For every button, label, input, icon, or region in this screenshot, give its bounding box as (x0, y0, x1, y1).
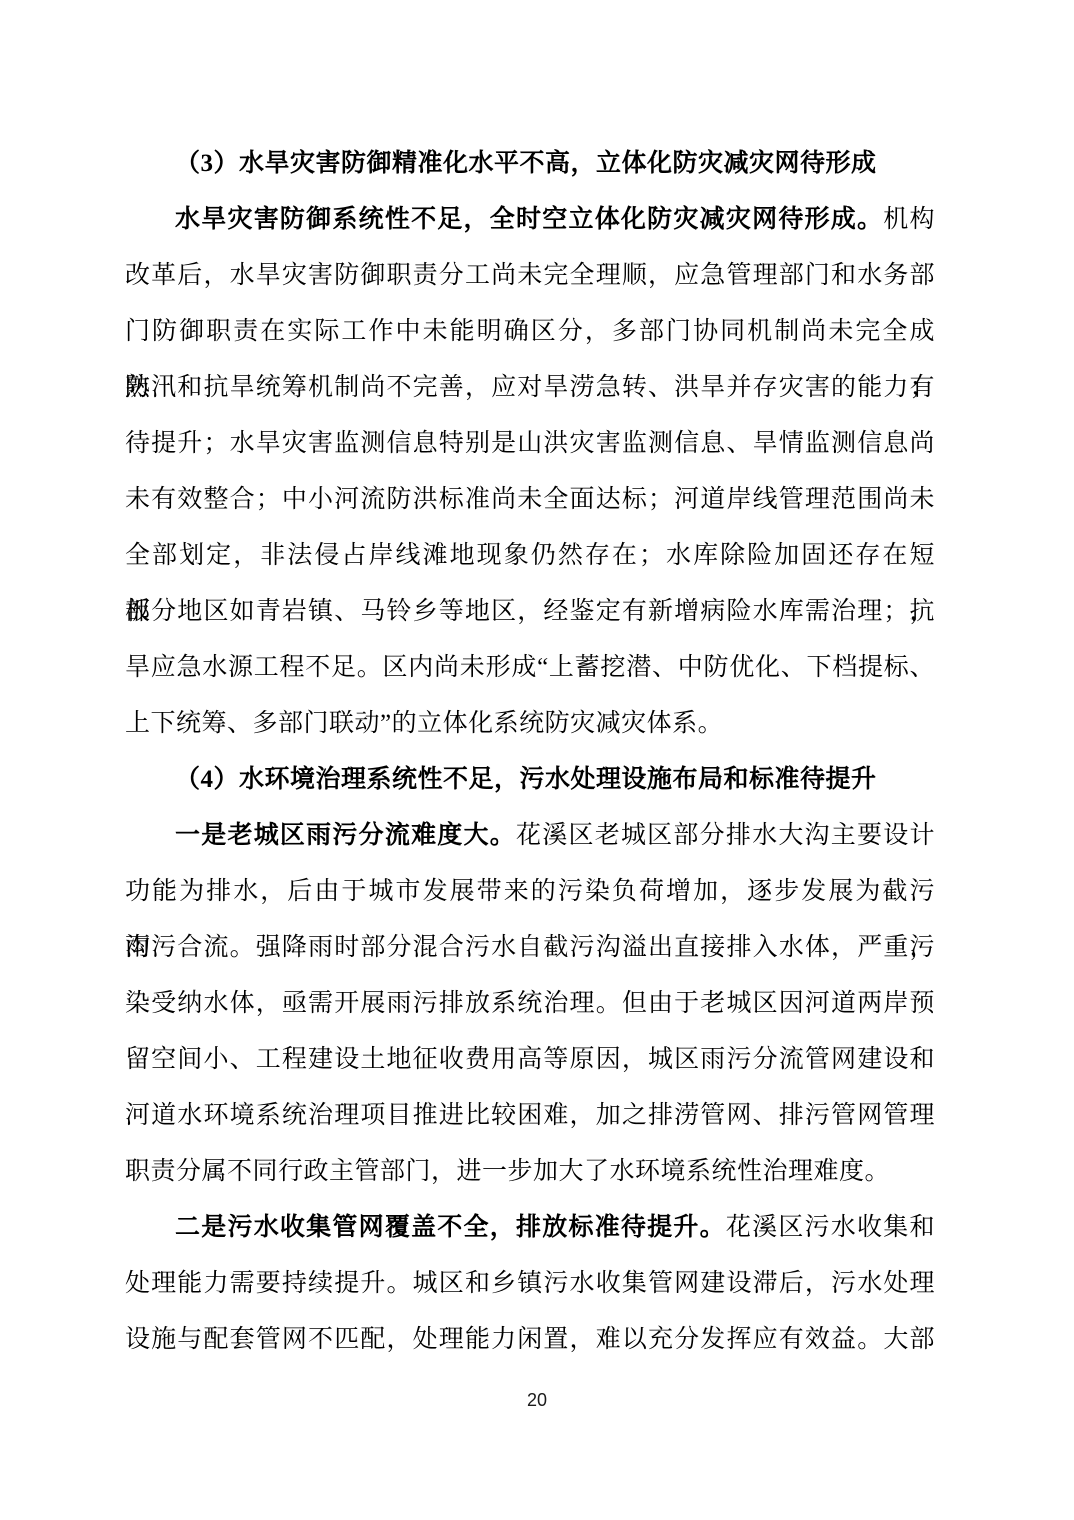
text-line: 留空间小、工程建设土地征收费用高等原因，城区雨污分流管网建设和 (125, 1032, 935, 1088)
text-line: 二是污水收集管网覆盖不全，排放标准待提升。花溪区污水收集和 (125, 1200, 935, 1256)
text-run: 机构 (883, 206, 935, 233)
text-run: 待提升；水旱灾害监测信息特别是山洪灾害监测信息、旱情监测信息尚 (125, 430, 935, 457)
heading-line: （4）水环境治理系统性不足，污水处理设施布局和标准待提升 (125, 752, 935, 808)
text-run: 改革后，水旱灾害防御职责分工尚未完全理顺，应急管理部门和水务部 (125, 262, 935, 289)
text-line: 防汛和抗旱统筹机制尚不完善，应对旱涝急转、洪旱并存灾害的能力有 (125, 360, 935, 416)
text-line: 部分地区如青岩镇、马铃乡等地区，经鉴定有新增病险水库需治理；抗 (125, 584, 935, 640)
text-run: 雨污合流。强降雨时部分混合污水自截污沟溢出直接排入水体，严重污 (125, 934, 935, 961)
text-line: 待提升；水旱灾害监测信息特别是山洪灾害监测信息、旱情监测信息尚 (125, 416, 935, 472)
text-run: 旱应急水源工程不足。区内尚未形成“上蓄挖潜、中防优化、下档提标、 (125, 654, 935, 681)
text-run: 职责分属不同行政主管部门，进一步加大了水环境系统性治理难度。 (125, 1158, 890, 1185)
text-line: 设施与配套管网不匹配，处理能力闲置，难以充分发挥应有效益。大部 (125, 1312, 935, 1368)
text-line: 水旱灾害防御系统性不足，全时空立体化防灾减灾网待形成。机构 (125, 192, 935, 248)
bold-text-run: （4）水环境治理系统性不足，污水处理设施布局和标准待提升 (175, 766, 877, 793)
text-run: 设施与配套管网不匹配，处理能力闲置，难以充分发挥应有效益。大部 (125, 1326, 935, 1353)
bold-text-run: 二是污水收集管网覆盖不全，排放标准待提升。 (175, 1214, 726, 1241)
bold-text-run: （3）水旱灾害防御精准化水平不高，立体化防灾减灾网待形成 (175, 150, 877, 177)
text-line: 未有效整合；中小河流防洪标准尚未全面达标；河道岸线管理范围尚未 (125, 472, 935, 528)
text-line: 门防御职责在实际工作中未能明确区分，多部门协同机制尚未完全成熟； (125, 304, 935, 360)
text-run: 花溪区老城区部分排水大沟主要设计 (516, 822, 935, 849)
text-line: 染受纳水体，亟需开展雨污排放系统治理。但由于老城区因河道两岸预 (125, 976, 935, 1032)
text-line: 一是老城区雨污分流难度大。花溪区老城区部分排水大沟主要设计 (125, 808, 935, 864)
text-line: 河道水环境系统治理项目推进比较困难，加之排涝管网、排污管网管理 (125, 1088, 935, 1144)
text-line: 旱应急水源工程不足。区内尚未形成“上蓄挖潜、中防优化、下档提标、 (125, 640, 935, 696)
text-line: 改革后，水旱灾害防御职责分工尚未完全理顺，应急管理部门和水务部 (125, 248, 935, 304)
text-run: 留空间小、工程建设土地征收费用高等原因，城区雨污分流管网建设和 (125, 1046, 935, 1073)
text-line: 雨污合流。强降雨时部分混合污水自截污沟溢出直接排入水体，严重污 (125, 920, 935, 976)
text-line: 职责分属不同行政主管部门，进一步加大了水环境系统性治理难度。 (125, 1144, 935, 1200)
heading-line: （3）水旱灾害防御精准化水平不高，立体化防灾减灾网待形成 (125, 136, 935, 192)
text-line: 全部划定，非法侵占岸线滩地现象仍然存在；水库除险加固还存在短板， (125, 528, 935, 584)
text-run: 河道水环境系统治理项目推进比较困难，加之排涝管网、排污管网管理 (125, 1102, 935, 1129)
text-line: 上下统筹、多部门联动”的立体化系统防灾减灾体系。 (125, 696, 935, 752)
bold-text-run: 水旱灾害防御系统性不足，全时空立体化防灾减灾网待形成。 (175, 206, 883, 233)
page-number: 20 (527, 1390, 547, 1410)
page-footer: 20 (0, 1388, 1074, 1412)
text-line: 处理能力需要持续提升。城区和乡镇污水收集管网建设滞后，污水处理 (125, 1256, 935, 1312)
text-run: 上下统筹、多部门联动”的立体化系统防灾减灾体系。 (125, 710, 723, 737)
text-line: 功能为排水，后由于城市发展带来的污染负荷增加，逐步发展为截污沟， (125, 864, 935, 920)
bold-text-run: 一是老城区雨污分流难度大。 (175, 822, 516, 849)
text-run: 防汛和抗旱统筹机制尚不完善，应对旱涝急转、洪旱并存灾害的能力有 (125, 374, 935, 401)
text-run: 处理能力需要持续提升。城区和乡镇污水收集管网建设滞后，污水处理 (125, 1270, 935, 1297)
text-run: 部分地区如青岩镇、马铃乡等地区，经鉴定有新增病险水库需治理；抗 (125, 598, 935, 625)
text-run: 花溪区污水收集和 (726, 1214, 935, 1241)
text-run: 染受纳水体，亟需开展雨污排放系统治理。但由于老城区因河道两岸预 (125, 990, 935, 1017)
document-page: （3）水旱灾害防御精准化水平不高，立体化防灾减灾网待形成水旱灾害防御系统性不足，… (0, 0, 1074, 1520)
text-run: 未有效整合；中小河流防洪标准尚未全面达标；河道岸线管理范围尚未 (125, 486, 935, 513)
document-body: （3）水旱灾害防御精准化水平不高，立体化防灾减灾网待形成水旱灾害防御系统性不足，… (125, 136, 935, 1368)
